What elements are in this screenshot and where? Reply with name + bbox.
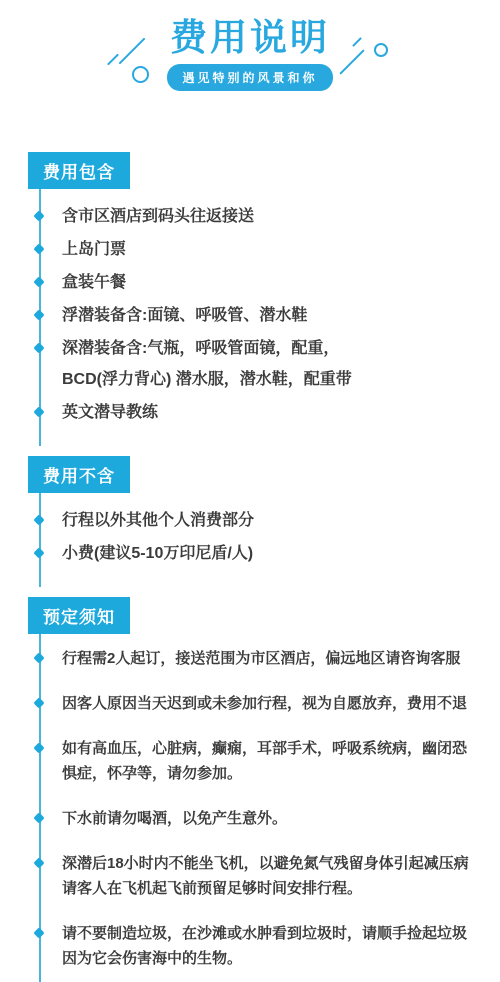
bullet-diamond-icon	[33, 514, 44, 525]
section-fee-included: 费用包含 含市区酒店到码头往返接送 上岛门票 盒装午餐 浮潜装备含:面镜、呼吸管…	[28, 152, 480, 446]
section-booking-notes: 预定须知 行程需2人起订，接送范围为市区酒店，偏远地区请咨询客服 因客人原因当天…	[28, 597, 480, 982]
list-item: 盒装午餐	[62, 267, 480, 298]
section-body: 含市区酒店到码头往返接送 上岛门票 盒装午餐 浮潜装备含:面镜、呼吸管、潜水鞋 …	[28, 189, 480, 446]
page-title: 费用说明	[0, 16, 500, 60]
list-item-text: 因客人原因当天迟到或未参加行程，视为自愿放弃，费用不退	[62, 695, 467, 712]
bullet-diamond-icon	[33, 547, 44, 558]
list-item-text: 行程需2人起订，接送范围为市区酒店，偏远地区请咨询客服	[62, 650, 460, 667]
bullet-diamond-icon	[33, 927, 44, 938]
list-item-text: 上岛门票	[62, 241, 126, 258]
decor-circle-icon	[132, 66, 149, 83]
list-item-text: 如有高血压，心脏病，癫痫，耳部手术，呼吸系统病，幽闭恐 惧症，怀孕等，请勿参加。	[62, 740, 467, 782]
bullet-diamond-icon	[33, 652, 44, 663]
list-item-text: 请不要制造垃圾，在沙滩或水肿看到垃圾时，请顺手捡起垃圾 因为它会伤害海中的生物。	[62, 925, 467, 967]
list-item-text: 含市区酒店到码头往返接送	[62, 208, 254, 225]
section-body: 行程以外其他个人消费部分 小费(建议5-10万印尼盾/人)	[28, 493, 480, 587]
section-body: 行程需2人起订，接送范围为市区酒店，偏远地区请咨询客服 因客人原因当天迟到或未参…	[28, 634, 480, 982]
list-item-text: 下水前请勿喝酒，以免产生意外。	[62, 810, 287, 827]
page-header: 费用说明 遇见特别的风景和你	[0, 0, 500, 112]
section-title-badge: 费用包含	[28, 152, 130, 189]
bullet-diamond-icon	[33, 243, 44, 254]
fee-excluded-list: 行程以外其他个人消费部分 小费(建议5-10万印尼盾/人)	[28, 499, 480, 569]
list-item-text: 英文潜导教练	[62, 404, 158, 421]
list-item: 行程以外其他个人消费部分	[62, 505, 480, 536]
fee-description-page: 费用说明 遇见特别的风景和你 费用包含 含市区酒店到码头往返接送 上岛门票 盒装…	[0, 0, 500, 982]
bullet-diamond-icon	[33, 742, 44, 753]
bullet-diamond-icon	[33, 857, 44, 868]
bullet-diamond-icon	[33, 276, 44, 287]
list-item-text: 小费(建议5-10万印尼盾/人)	[62, 545, 253, 562]
list-item-text: 盒装午餐	[62, 274, 126, 291]
decor-circle-icon	[374, 43, 388, 57]
bullet-diamond-icon	[33, 812, 44, 823]
fee-included-list: 含市区酒店到码头往返接送 上岛门票 盒装午餐 浮潜装备含:面镜、呼吸管、潜水鞋 …	[28, 195, 480, 428]
bullet-diamond-icon	[33, 342, 44, 353]
list-item: 浮潜装备含:面镜、呼吸管、潜水鞋	[62, 300, 480, 331]
list-item: 因客人原因当天迟到或未参加行程，视为自愿放弃，费用不退	[62, 691, 480, 716]
list-item: 如有高血压，心脏病，癫痫，耳部手术，呼吸系统病，幽闭恐 惧症，怀孕等，请勿参加。	[62, 736, 480, 786]
list-item: 上岛门票	[62, 234, 480, 265]
list-item-text: 浮潜装备含:面镜、呼吸管、潜水鞋	[62, 307, 307, 324]
list-item-text: 深潜装备含:气瓶，呼吸管面镜，配重， BCD(浮力背心) 潜水服，潜水鞋，配重带	[62, 340, 352, 388]
list-item: 含市区酒店到码头往返接送	[62, 201, 480, 232]
bullet-diamond-icon	[33, 697, 44, 708]
list-item-text: 行程以外其他个人消费部分	[62, 512, 254, 529]
bullet-diamond-icon	[33, 309, 44, 320]
list-item: 深潜装备含:气瓶，呼吸管面镜，配重， BCD(浮力背心) 潜水服，潜水鞋，配重带	[62, 333, 480, 395]
timeline-rail	[39, 493, 41, 587]
subtitle-badge: 遇见特别的风景和你	[167, 64, 332, 91]
list-item: 行程需2人起订，接送范围为市区酒店，偏远地区请咨询客服	[62, 646, 480, 671]
list-item: 下水前请勿喝酒，以免产生意外。	[62, 806, 480, 831]
list-item: 深潜后18小时内不能坐飞机，以避免氮气残留身体引起减压病 请客人在飞机起飞前预留…	[62, 851, 480, 901]
list-item-text: 深潜后18小时内不能坐飞机，以避免氮气残留身体引起减压病 请客人在飞机起飞前预留…	[62, 855, 469, 897]
list-item: 英文潜导教练	[62, 397, 480, 428]
section-title-badge: 费用不含	[28, 456, 130, 493]
section-title-badge: 预定须知	[28, 597, 130, 634]
bullet-diamond-icon	[33, 406, 44, 417]
section-fee-excluded: 费用不含 行程以外其他个人消费部分 小费(建议5-10万印尼盾/人)	[28, 456, 480, 587]
booking-notes-list: 行程需2人起订，接送范围为市区酒店，偏远地区请咨询客服 因客人原因当天迟到或未参…	[28, 640, 480, 971]
list-item: 请不要制造垃圾，在沙滩或水肿看到垃圾时，请顺手捡起垃圾 因为它会伤害海中的生物。	[62, 921, 480, 971]
bullet-diamond-icon	[33, 210, 44, 221]
list-item: 小费(建议5-10万印尼盾/人)	[62, 538, 480, 569]
